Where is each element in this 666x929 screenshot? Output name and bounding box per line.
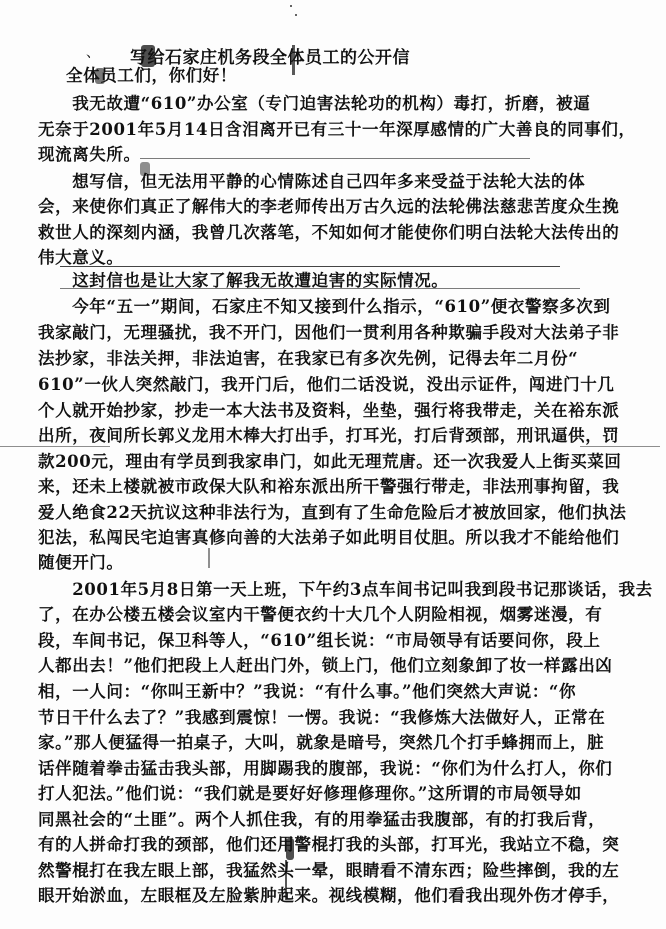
letter-title: 写给石家庄机务段全体员工的公开信 bbox=[130, 43, 410, 68]
body-line: 款200元，理由有学员到我家串门，如此无理荒唐。还一次我爱人上街买菜回 bbox=[38, 452, 628, 472]
body-line: 2001年5月8日第一天上班，下午约3点车间书记叫我到段书记那谈话，我去 bbox=[38, 580, 628, 600]
scan-line bbox=[0, 446, 110, 447]
body-line: 来，还未上楼就被市政保大队和裕东派出所干警强行带走，非法刑事拘留，我 bbox=[38, 477, 628, 497]
body-line: 人都出去！”他们把段上人赶出门外，锁上门，他们立刻象卸了妆一样露出凶 bbox=[38, 656, 628, 676]
body-line: 节日干什么去了？”我感到震惊！一愣。我说：“我修炼大法做好人，正常在 bbox=[38, 708, 628, 728]
body-line: 我无故遭“610”办公室（专门迫害法轮功的机构）毒打，折磨，被逼 bbox=[38, 94, 628, 114]
body-line-emphasis: 这封信也是让大家了解我无故遭迫害的实际情况。 bbox=[38, 271, 628, 291]
body-line: 犯法，私闯民宅迫害真修向善的大法弟子如此明目仗胆。所以我才不能给他们 bbox=[38, 528, 628, 548]
body-line: 现流离失所。 bbox=[38, 145, 628, 165]
body-line: 想写信，但无法用平静的心情陈述自己四年多来受益于法轮大法的体 bbox=[38, 172, 628, 192]
scan-speck bbox=[290, 5, 292, 7]
body-line: 法抄家，非法关押，非法迫害，在我家已有多次先例，记得去年二月份“ bbox=[38, 349, 628, 369]
body-line: 出所，夜间所长郭义龙用木棒大打出手，打耳光，打后背颈部，刑讯逼供，罚 bbox=[38, 426, 628, 446]
greeting: 全体员工们，你们好！ bbox=[66, 66, 656, 86]
scan-speck bbox=[295, 14, 297, 16]
body-line: 我家敲门，无理骚扰，我不开门，因他们一贯利用各种欺骗手段对大法弟子非 bbox=[38, 323, 628, 343]
body-line: 相，一人问：“你叫王新中？”我说：“有什么事。”他们突然大声说：“你 bbox=[38, 682, 628, 702]
body-line: 爱人绝食22天抗议这种非法行为，直到有了生命危险后才被放回家，他们执法 bbox=[38, 503, 628, 523]
body-line: 伟大意义。 bbox=[38, 248, 628, 268]
scan-line bbox=[580, 446, 660, 447]
body-line: 救世人的深刻内涵，我曾几次落笔，不知如何才能使你们明白法轮大法传出的 bbox=[38, 223, 628, 243]
body-line: 今年“五一”期间，石家庄不知又接到什么指示，“610”便衣警察多次到 bbox=[38, 297, 628, 317]
body-line: 有的人拼命打我的颈部，他们还用警棍打我的头部，打耳光，我站立不稳，突 bbox=[38, 835, 628, 855]
body-line: 个人就开始抄家，抄走一本大法书及资料，坐垫，强行将我带走，关在裕东派 bbox=[38, 401, 628, 421]
body-line: 眼开始淤血，左眼框及左脸紫肿起来。视线模糊，他们看我出现外伤才停手， bbox=[38, 886, 628, 906]
body-line: 了，在办公楼五楼会议室内干警便衣约十大几个人阴险相视，烟雾迷漫，有 bbox=[38, 605, 628, 625]
body-line: 打人犯法。”他们说：“我们就是要好好修理修理你。”这所谓的市局领导如 bbox=[38, 784, 628, 804]
body-line: 然警棍打在我左眼上部，我猛然头一晕，眼睛看不清东西；险些摔倒，我的左 bbox=[38, 861, 628, 881]
body-line: 话伴随着拳击猛击我头部，用脚踢我的腹部，我说：“你们为什么打人，你们 bbox=[38, 759, 628, 779]
body-line: 随便开门。 bbox=[38, 553, 628, 573]
body-line: 家。”那人便猛得一拍桌子，大叫，就象是暗号，突然几个打手蜂拥而上，脏 bbox=[38, 733, 628, 753]
body-line: 610”一伙人突然敲门，我开门后，他们二话没说，没出示证件，闯进门十几 bbox=[38, 375, 628, 395]
title-mark: 、 bbox=[86, 42, 100, 62]
scanned-page: 、 写给石家庄机务段全体员工的公开信 全体员工们，你们好！ 我无故遭“610”办… bbox=[0, 0, 666, 929]
body-line: 会，来使你们真正了解伟大的李老师传出万古久远的法轮佛法慈悲苦度众生挽 bbox=[38, 197, 628, 217]
body-line: 无奈于2001年5月14日含泪离开已有三十一年深厚感情的广大善良的同事们， bbox=[38, 120, 628, 140]
body-line: 同黑社会的“土匪”。两个人抓住我，有的用拳猛击我腹部，有的打我后背， bbox=[38, 810, 628, 830]
body-line: 段，车间书记，保卫科等人，“610”组长说：“市局领导有话要问你，段上 bbox=[38, 631, 628, 651]
